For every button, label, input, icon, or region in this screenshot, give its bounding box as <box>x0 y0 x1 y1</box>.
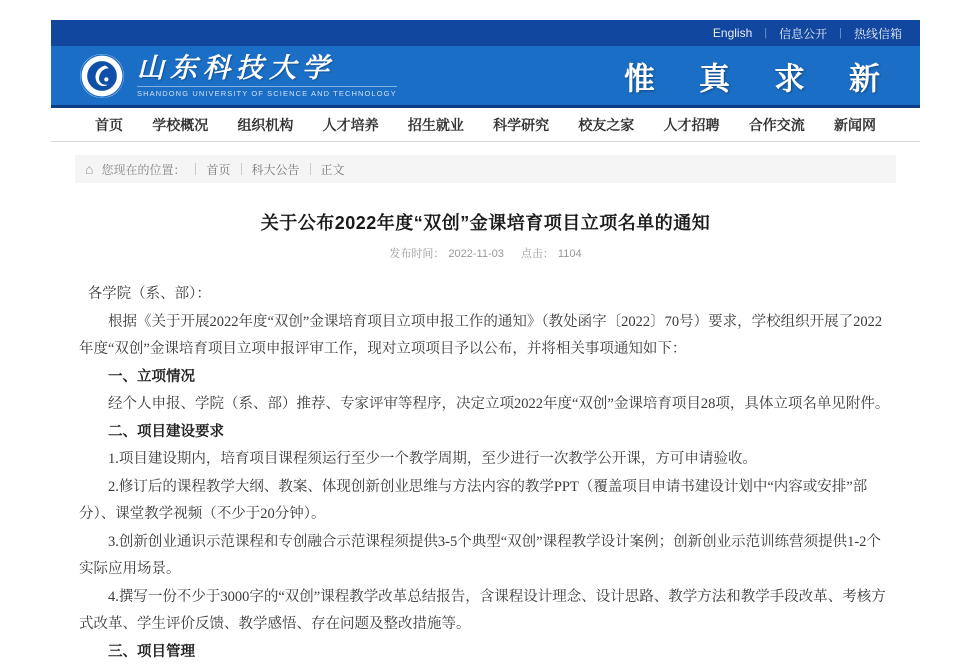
breadcrumb-separator <box>241 163 242 175</box>
motto-char-3: 求 <box>774 53 805 98</box>
topbar-link-1[interactable]: English <box>713 26 752 40</box>
university-logo-icon <box>79 53 125 99</box>
breadcrumb-separator <box>310 163 311 175</box>
school-motto: 惟真求新 <box>624 53 880 98</box>
site-banner: 山东科技大学 SHANDONG UNIVERSITY OF SCIENCE AN… <box>51 46 920 108</box>
article-body: 各学院（系、部）：根据《关于开展2022年度“双创”金课培育项目立项申报工作的通… <box>51 261 920 666</box>
nav-item-7[interactable]: 校友之家 <box>578 115 634 135</box>
breadcrumb-item-3[interactable]: 正文 <box>321 161 345 178</box>
nav-item-5[interactable]: 招生就业 <box>408 115 464 135</box>
nav-item-2[interactable]: 学校概况 <box>152 115 208 135</box>
hits-value: 1104 <box>558 248 582 260</box>
topbar-link-2[interactable]: 信息公开 <box>779 25 827 42</box>
motto-char-1: 惟 <box>624 53 655 98</box>
page-title: 关于公布2022年度“双创”金课培育项目立项名单的通知 <box>51 209 920 235</box>
publish-time-label: 发布时间： <box>389 248 444 260</box>
topbar-separator: | <box>839 27 842 39</box>
nav-item-1[interactable]: 首页 <box>95 115 123 135</box>
section-heading: 三、项目管理 <box>79 639 892 666</box>
university-name-en: SHANDONG UNIVERSITY OF SCIENCE AND TECHN… <box>137 86 397 98</box>
paragraph: 4.撰写一份不少于3000字的“双创”课程教学改革总结报告，含课程设计理念、设计… <box>79 584 892 639</box>
breadcrumb-item-2[interactable]: 科大公告 <box>252 161 300 178</box>
breadcrumb: ⌂ 您现在的位置： 首页科大公告正文 <box>75 155 896 183</box>
main-navigation: 首页学校概况组织机构人才培养招生就业科学研究校友之家人才招聘合作交流新闻网 <box>51 108 920 142</box>
paragraph: 经个人申报、学院（系、部）推荐、专家评审等程序，决定立项2022年度“双创”金课… <box>79 391 892 419</box>
nav-item-6[interactable]: 科学研究 <box>493 115 549 135</box>
breadcrumb-separator <box>195 163 196 175</box>
university-name-cn: 山东科技大学 <box>137 54 397 84</box>
university-name-block: 山东科技大学 SHANDONG UNIVERSITY OF SCIENCE AN… <box>137 54 397 98</box>
home-icon: ⌂ <box>85 162 93 176</box>
nav-item-8[interactable]: 人才招聘 <box>664 115 720 135</box>
breadcrumb-item-1[interactable]: 首页 <box>206 161 230 178</box>
article-meta: 发布时间：2022-11-03 点击：1104 <box>51 245 920 261</box>
logo-group[interactable]: 山东科技大学 SHANDONG UNIVERSITY OF SCIENCE AN… <box>79 53 397 99</box>
motto-char-2: 真 <box>699 53 730 98</box>
topbar-link-3[interactable]: 热线信箱 <box>854 25 902 42</box>
section-heading: 一、立项情况 <box>79 364 892 392</box>
breadcrumb-label: 您现在的位置： <box>101 161 185 178</box>
paragraph: 根据《关于开展2022年度“双创”金课培育项目立项申报工作的通知》（教处函字〔2… <box>79 309 892 364</box>
nav-item-9[interactable]: 合作交流 <box>749 115 805 135</box>
paragraph: 3.创新创业通识示范课程和专创融合示范课程须提供3-5个典型“双创”课程教学设计… <box>79 529 892 584</box>
publish-time-value: 2022-11-03 <box>448 248 503 260</box>
paragraph: 2.修订后的课程教学大纲、教案、体现创新创业思维与方法内容的教学PPT（覆盖项目… <box>79 474 892 529</box>
topbar-separator: | <box>764 27 767 39</box>
nav-item-3[interactable]: 组织机构 <box>237 115 293 135</box>
nav-item-10[interactable]: 新闻网 <box>834 115 876 135</box>
top-utility-bar: English|信息公开|热线信箱 <box>51 20 920 46</box>
page-container: English|信息公开|热线信箱 山东科技大学 SHANDONG UNIVER… <box>51 0 920 666</box>
motto-char-4: 新 <box>849 53 880 98</box>
hits-label: 点击： <box>521 248 554 260</box>
nav-item-4[interactable]: 人才培养 <box>323 115 379 135</box>
paragraph: 各学院（系、部）： <box>79 281 892 309</box>
paragraph: 1.项目建设期内，培育项目课程须运行至少一个教学周期，至少进行一次教学公开课，方… <box>79 446 892 474</box>
section-heading: 二、项目建设要求 <box>79 419 892 447</box>
